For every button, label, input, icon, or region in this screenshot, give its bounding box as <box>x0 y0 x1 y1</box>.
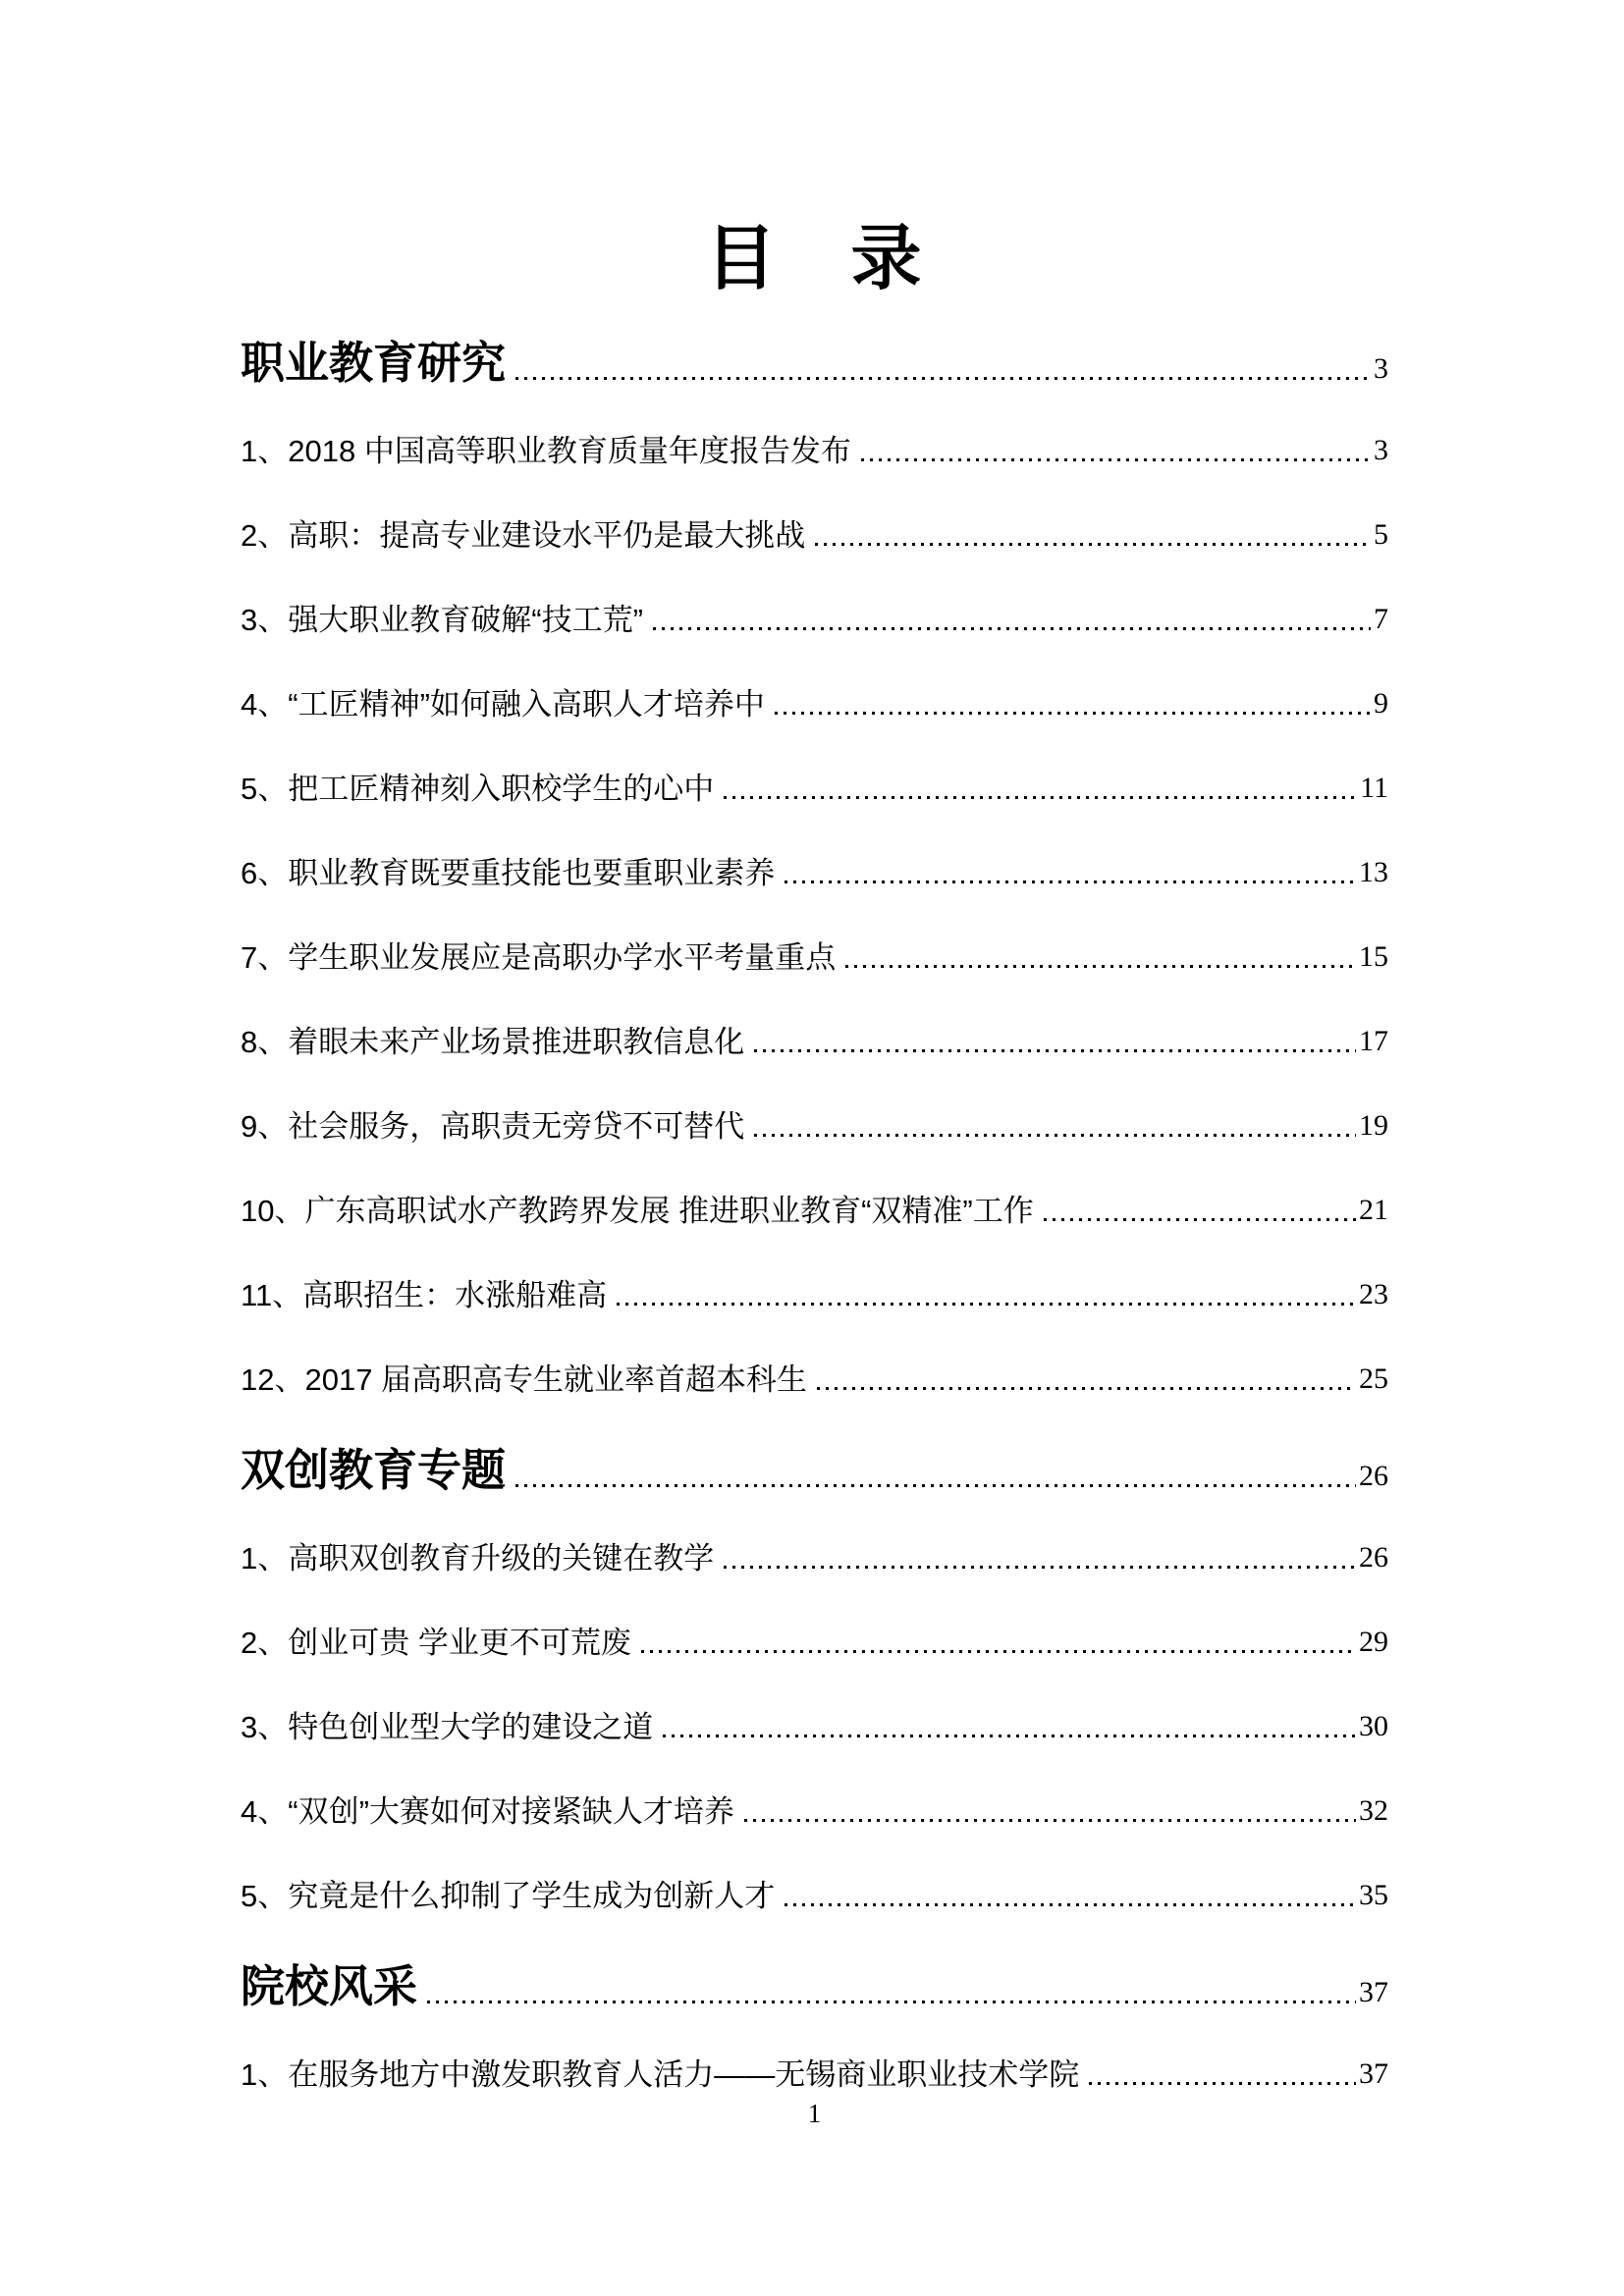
dot-leader <box>754 1049 1356 1052</box>
toc-entry[interactable]: 10、广东高职试水产教跨界发展 推进职业教育“双精准”工作 21 <box>241 1195 1388 1227</box>
dot-leader <box>515 377 1371 380</box>
toc-entry[interactable]: 3、特色创业型大学的建设之道 30 <box>241 1711 1388 1743</box>
toc-entry[interactable]: 1、在服务地方中激发职教育人活力——无锡商业职业技术学院 37 <box>241 2058 1388 2091</box>
toc-entry-label: 3、强大职业教育破解“技工荒” <box>241 604 643 636</box>
dot-leader <box>817 1387 1356 1390</box>
toc-entry-label: 4、“双创”大赛如何对接紧缺人才培养 <box>241 1795 734 1828</box>
toc-entry-label: 8、着眼未来产业场景推进职教信息化 <box>241 1026 744 1058</box>
toc-page-number: 9 <box>1374 689 1388 721</box>
toc-entry[interactable]: 6、职业教育既要重技能也要重职业素养 13 <box>241 857 1388 889</box>
toc-page-number: 25 <box>1359 1364 1388 1396</box>
dot-leader <box>724 796 1357 799</box>
dot-leader <box>815 543 1371 546</box>
dot-leader <box>845 965 1356 968</box>
toc-page-number: 37 <box>1359 1978 1388 2009</box>
toc-entry-label: 10、广东高职试水产教跨界发展 推进职业教育“双精准”工作 <box>241 1195 1034 1227</box>
toc-entry[interactable]: 5、把工匠精神刻入职校学生的心中 11 <box>241 773 1388 805</box>
toc-page-number: 21 <box>1359 1196 1388 1227</box>
toc-page-number: 26 <box>1359 1462 1388 1493</box>
toc-page-number: 35 <box>1359 1881 1388 1912</box>
toc-entry-label: 1、在服务地方中激发职教育人活力——无锡商业职业技术学院 <box>241 2058 1079 2091</box>
toc-page-number: 13 <box>1359 858 1388 889</box>
toc-page-number: 3 <box>1374 436 1388 467</box>
toc-page-number: 30 <box>1359 1712 1388 1743</box>
toc-entry[interactable]: 3、强大职业教育破解“技工荒” 7 <box>241 604 1388 636</box>
toc-entry-label: 5、把工匠精神刻入职校学生的心中 <box>241 773 714 805</box>
toc-page-number: 26 <box>1359 1543 1388 1575</box>
toc-page-number: 5 <box>1374 520 1388 552</box>
toc-entry-label: 2、高职：提高专业建设水平仍是最大挑战 <box>241 519 805 552</box>
dot-leader <box>1089 2082 1356 2085</box>
dot-leader <box>785 1903 1356 1906</box>
toc-page-number: 7 <box>1374 605 1388 636</box>
toc-entry[interactable]: 7、学生职业发展应是高职办学水平考量重点 15 <box>241 941 1388 974</box>
toc-section-heading[interactable]: 院校风采 37 <box>241 1963 1388 2009</box>
toc-section-label: 双创教育专题 <box>241 1447 506 1493</box>
toc-page-number: 15 <box>1359 942 1388 974</box>
toc-page-number: 32 <box>1359 1796 1388 1828</box>
dot-leader <box>515 1484 1356 1487</box>
dot-leader <box>641 1650 1356 1653</box>
dot-leader <box>617 1303 1356 1306</box>
toc-section-label: 院校风采 <box>241 1963 417 2009</box>
toc-entry[interactable]: 2、高职：提高专业建设水平仍是最大挑战 5 <box>241 519 1388 552</box>
dot-leader <box>427 2001 1356 2003</box>
toc-entry[interactable]: 4、“双创”大赛如何对接紧缺人才培养 32 <box>241 1795 1388 1828</box>
dot-leader <box>785 881 1356 883</box>
toc-entry[interactable]: 8、着眼未来产业场景推进职教信息化 17 <box>241 1026 1388 1058</box>
toc-entry-label: 9、社会服务，高职责无旁贷不可替代 <box>241 1110 744 1143</box>
toc-content: 目 录 职业教育研究 3 1、2018 中国高等职业教育质量年度报告发布 3 2… <box>241 224 1388 2091</box>
toc-entry-label: 7、学生职业发展应是高职办学水平考量重点 <box>241 941 836 974</box>
toc-entry-label: 12、2017 届高职高专生就业率首超本科生 <box>241 1363 807 1396</box>
toc-page-number: 29 <box>1359 1628 1388 1659</box>
toc-entry-label: 11、高职招生：水涨船难高 <box>241 1279 607 1311</box>
page-number-footer: 1 <box>241 2101 1388 2127</box>
toc-entry[interactable]: 11、高职招生：水涨船难高 23 <box>241 1279 1388 1311</box>
toc-page-number: 3 <box>1374 354 1388 386</box>
toc-entry[interactable]: 2、创业可贵 学业更不可荒废 29 <box>241 1627 1388 1659</box>
toc-entry[interactable]: 1、高职双创教育升级的关键在教学 26 <box>241 1542 1388 1575</box>
dot-leader <box>775 712 1371 715</box>
toc-page-number: 11 <box>1360 774 1388 805</box>
toc-entry-label: 3、特色创业型大学的建设之道 <box>241 1711 653 1743</box>
dot-leader <box>754 1134 1356 1137</box>
toc-section-label: 职业教育研究 <box>241 340 506 386</box>
toc-entry[interactable]: 4、“工匠精神”如何融入高职人才培养中 9 <box>241 688 1388 721</box>
toc-entry[interactable]: 9、社会服务，高职责无旁贷不可替代 19 <box>241 1110 1388 1143</box>
toc-entry-label: 4、“工匠精神”如何融入高职人才培养中 <box>241 688 765 721</box>
dot-leader <box>724 1566 1356 1569</box>
toc-entry[interactable]: 5、究竟是什么抑制了学生成为创新人才 35 <box>241 1880 1388 1912</box>
toc-page-number: 23 <box>1359 1280 1388 1311</box>
toc-page-number: 17 <box>1359 1027 1388 1058</box>
dot-leader <box>861 458 1371 461</box>
toc-entry[interactable]: 12、2017 届高职高专生就业率首超本科生 25 <box>241 1363 1388 1396</box>
toc-entry-label: 6、职业教育既要重技能也要重职业素养 <box>241 857 775 889</box>
toc-section-heading[interactable]: 职业教育研究 3 <box>241 340 1388 386</box>
toc-title: 目 录 <box>241 224 1388 294</box>
toc-entry[interactable]: 1、2018 中国高等职业教育质量年度报告发布 3 <box>241 435 1388 467</box>
toc-section-heading[interactable]: 双创教育专题 26 <box>241 1447 1388 1493</box>
toc-page-number: 37 <box>1359 2059 1388 2091</box>
document-page: 目 录 职业教育研究 3 1、2018 中国高等职业教育质量年度报告发布 3 2… <box>0 0 1624 2296</box>
dot-leader <box>744 1819 1356 1822</box>
dot-leader <box>653 627 1371 630</box>
toc-page-number: 19 <box>1359 1111 1388 1143</box>
toc-entry-label: 1、2018 中国高等职业教育质量年度报告发布 <box>241 435 851 467</box>
dot-leader <box>663 1735 1356 1737</box>
toc-entry-label: 5、究竟是什么抑制了学生成为创新人才 <box>241 1880 775 1912</box>
dot-leader <box>1044 1218 1356 1221</box>
toc-entry-label: 2、创业可贵 学业更不可荒废 <box>241 1627 631 1659</box>
toc-entry-label: 1、高职双创教育升级的关键在教学 <box>241 1542 714 1575</box>
